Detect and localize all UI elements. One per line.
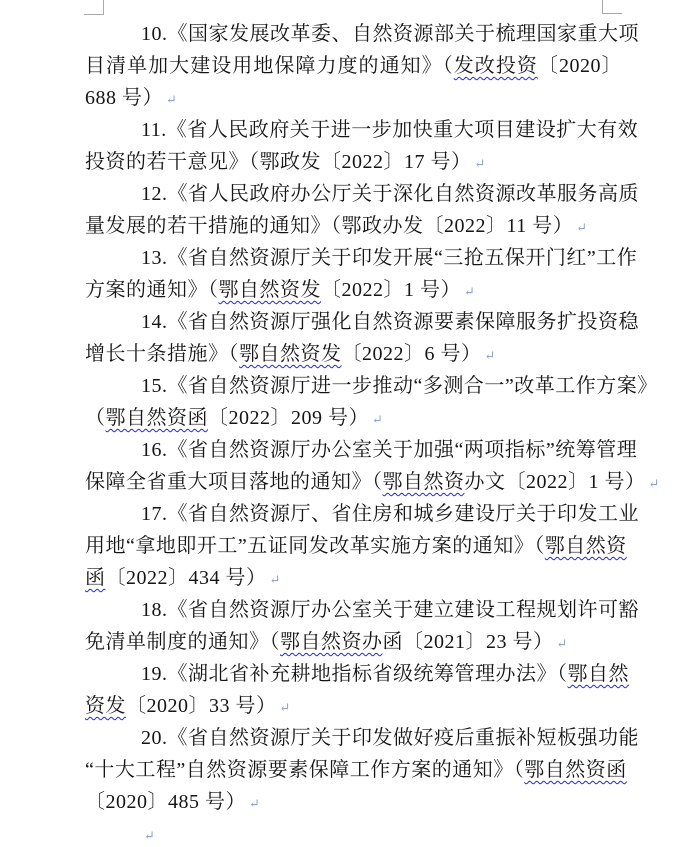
- doc-text: 免清单制度的通知》（: [85, 631, 280, 653]
- doc-text: 增长十条措施》（: [85, 343, 239, 365]
- doc-text: 19.《湖北省补充耕地指标省级统筹管理办法》（: [141, 663, 568, 685]
- paragraph-mark-icon: ↵: [249, 796, 260, 811]
- paragraph-mark-icon: ↵: [280, 700, 291, 715]
- doc-text: 〔2022〕1 号）: [321, 279, 461, 301]
- document-body[interactable]: 10.《国家发展改革委、自然资源部关于梳理国家重大项目清单加大建设用地保障力度的…: [85, 18, 622, 847]
- doc-text: 15.《省自然资源厅进一步推动“多测合一”改革工作方案》: [141, 375, 658, 397]
- doc-text: 13.《省自然资源厅关于印发开展“三抢五保开门红”工作: [141, 247, 637, 269]
- text-line-p20-3: 〔2020〕485 号）↵: [85, 786, 622, 818]
- text-line-p18-2: 免清单制度的通知》（鄂自然资办函〔2021〕23 号）↵: [85, 626, 622, 658]
- text-boundary-mark-top-left: [84, 0, 104, 15]
- doc-text: 保障全省重大项目落地的通知》（: [85, 471, 383, 493]
- doc-text: 14.《省自然资源厅强化自然资源要素保障服务扩投资稳: [141, 311, 639, 333]
- doc-text: 函〔2021〕23 号）: [383, 631, 554, 653]
- doc-text: 量发展的若干措施的通知》（鄂政办发〔2022〕11 号）: [85, 215, 573, 237]
- text-line-p12-2: 量发展的若干措施的通知》（鄂政办发〔2022〕11 号）↵: [85, 210, 622, 242]
- text-line-p16-2: 保障全省重大项目落地的通知》（鄂自然资办文〔2022〕1 号）↵: [85, 466, 622, 498]
- paragraph-mark-icon: ↵: [485, 348, 496, 363]
- paragraph-mark-icon: ↵: [576, 220, 587, 235]
- doc-text: 688 号）: [85, 87, 163, 109]
- doc-text: 办文〔2022〕1 号）: [465, 471, 646, 493]
- spellcheck-flagged-text: 鄂自然资函: [106, 407, 209, 429]
- text-line-p11-2: 投资的若干意见》（鄂政发〔2022〕17 号）↵: [85, 146, 622, 178]
- text-line-p19-1: 19.《湖北省补充耕地指标省级统筹管理办法》（鄂自然: [85, 658, 622, 690]
- doc-text: 〔2020〕485 号）: [85, 791, 246, 813]
- doc-text: 〔2022〕6 号）: [342, 343, 482, 365]
- doc-text: 方案的通知》（: [85, 279, 219, 301]
- text-line-p18-1: 18.《省自然资源厅办公室关于建立建设工程规划许可豁: [85, 594, 622, 626]
- text-line-p20-2: “十大工程”自然资源要素保障工作方案的通知》（鄂自然资函: [85, 754, 622, 786]
- doc-text: “十大工程”自然资源要素保障工作方案的通知》（: [85, 759, 524, 781]
- text-line-p17-3: 函〔2022〕434 号）↵: [85, 562, 622, 594]
- spellcheck-flagged-text: 鄂自然资: [545, 535, 627, 557]
- doc-text: 用地“拿地即开工”五证同发改革实施方案的通知》（: [85, 535, 545, 557]
- doc-text: 16.《省自然资源厅办公室关于加强“两项指标”统筹管理: [141, 439, 637, 461]
- document-page: 10.《国家发展改革委、自然资源部关于梳理国家重大项目清单加大建设用地保障力度的…: [0, 0, 694, 847]
- text-line-p14-1: 14.《省自然资源厅强化自然资源要素保障服务扩投资稳: [85, 306, 622, 338]
- text-line-p12-1: 12.《省人民政府办公厅关于深化自然资源改革服务高质: [85, 178, 622, 210]
- doc-text: 〔2022〕209 号）: [208, 407, 369, 429]
- text-line-p15-2: （鄂自然资函〔2022〕209 号）↵: [85, 402, 622, 434]
- paragraph-mark-icon: ↵: [464, 284, 475, 299]
- paragraph-mark-icon: ↵: [475, 156, 486, 171]
- spellcheck-flagged-text: 函: [85, 567, 106, 589]
- doc-text: 18.《省自然资源厅办公室关于建立建设工程规划许可豁: [141, 599, 639, 621]
- text-line-p10-1: 10.《国家发展改革委、自然资源部关于梳理国家重大项: [85, 18, 622, 50]
- paragraph-mark-icon: ↵: [557, 636, 568, 651]
- paragraph-mark-icon: ↵: [372, 412, 383, 427]
- text-line-p19-2: 资发〔2020〕33 号）↵: [85, 690, 622, 722]
- paragraph-mark-icon: ↵: [649, 476, 660, 491]
- doc-text: 〔2022〕434 号）: [106, 567, 267, 589]
- doc-text: （: [85, 407, 106, 429]
- doc-text: 12.《省人民政府办公厅关于深化自然资源改革服务高质: [141, 183, 639, 205]
- text-line-p10-3: 688 号）↵: [85, 82, 622, 114]
- text-line-p15-1: 15.《省自然资源厅进一步推动“多测合一”改革工作方案》: [85, 370, 622, 402]
- text-line-p20-1: 20.《省自然资源厅关于印发做好疫后重振补短板强功能: [85, 722, 622, 754]
- text-line-p17-1: 17.《省自然资源厅、省住房和城乡建设厅关于印发工业: [85, 498, 622, 530]
- paragraph-mark-icon: ↵: [166, 92, 177, 107]
- spellcheck-flagged-text: 鄂自然: [568, 663, 630, 685]
- doc-text: 10.《国家发展改革委、自然资源部关于梳理国家重大项: [141, 23, 639, 45]
- paragraph-mark-icon: ↵: [144, 828, 155, 843]
- doc-text: 〔2020〕33 号）: [126, 695, 277, 717]
- text-boundary-mark-top-right: [602, 0, 622, 14]
- text-line-p11-1: 11.《省人民政府关于进一步加快重大项目建设扩大有效: [85, 114, 622, 146]
- text-line-p13-1: 13.《省自然资源厅关于印发开展“三抢五保开门红”工作: [85, 242, 622, 274]
- text-line-pend-1: ↵: [85, 818, 622, 847]
- paragraph-mark-icon: ↵: [270, 572, 281, 587]
- text-line-p10-2: 目清单加大建设用地保障力度的通知》（发改投资〔2020〕: [85, 50, 622, 82]
- doc-text: 11.《省人民政府关于进一步加快重大项目建设扩大有效: [141, 119, 638, 141]
- spellcheck-flagged-text: 鄂自然资: [383, 471, 465, 493]
- spellcheck-flagged-text: 资发: [85, 695, 126, 717]
- text-line-p13-2: 方案的通知》（鄂自然资发〔2022〕1 号）↵: [85, 274, 622, 306]
- spellcheck-flagged-text: 鄂自然资办: [280, 631, 383, 653]
- spellcheck-flagged-text: 鄂自然资发: [219, 279, 322, 301]
- doc-text: 目清单加大建设用地保障力度的通知》（: [85, 55, 454, 77]
- text-line-p14-2: 增长十条措施》（鄂自然资发〔2022〕6 号）↵: [85, 338, 622, 370]
- doc-text: 〔2020〕: [538, 55, 622, 77]
- text-line-p17-2: 用地“拿地即开工”五证同发改革实施方案的通知》（鄂自然资: [85, 530, 622, 562]
- doc-text: 投资的若干意见》（鄂政发〔2022〕17 号）: [85, 151, 472, 173]
- text-line-p16-1: 16.《省自然资源厅办公室关于加强“两项指标”统筹管理: [85, 434, 622, 466]
- doc-text: 17.《省自然资源厅、省住房和城乡建设厅关于印发工业: [141, 503, 639, 525]
- spellcheck-flagged-text: 鄂自然资发: [239, 343, 342, 365]
- doc-text: 20.《省自然资源厅关于印发做好疫后重振补短板强功能: [141, 727, 639, 749]
- spellcheck-flagged-text: 发改投资: [454, 55, 538, 77]
- spellcheck-flagged-text: 鄂自然资函: [524, 759, 627, 781]
